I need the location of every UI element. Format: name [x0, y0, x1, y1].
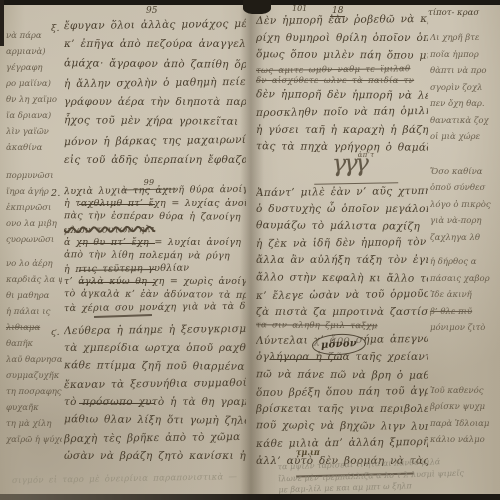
margin-note: μόνιμον ζιτὸ: [430, 320, 500, 337]
margin-note: ὁποῦ σύνθεσ: [430, 180, 500, 197]
bottom-ink-mark: τμ.ιπ: [296, 447, 320, 457]
text-line: ζὰ πιστὰ ζα μπροτινὰ ζαστίσω: [256, 304, 428, 321]
manuscript-photo: 95 νὰ πάρααρμιανὰ)γέγραφηρο μαϊίνα)θν λη…: [0, 0, 500, 500]
margin-note: θν λη χαϊμο: [6, 92, 62, 108]
text-line: λυχιὰ λυχιὰ της ἀχινῆ θύρα ἀνοίγη: [64, 183, 246, 198]
left-margin-notes: νὰ πάρααρμιανὰ)γέγραφηρο μαϊίνα)θν λη χα…: [6, 28, 62, 448]
margin-note: Ὅσο καθίνα: [430, 164, 500, 181]
footer-note: σιγμόν εἶ ταρο μὲ ὀνειρίνια παραπονιστικ…: [12, 472, 248, 486]
text-line: κάθε μιλιὰ ἀπ’ ἀλλάη ξμπορῆ νὰ κράξη: [256, 434, 428, 453]
margin-note: θι μαθηρα: [6, 288, 62, 304]
text-line: τὰ χέρια σου μονάχη γιὰ νὰ τὰ διώξη: [64, 300, 246, 315]
text-line: ἡ ἄλλην σχολὴν ὁ μαθημὴ πείεται: [64, 73, 246, 95]
margin-note: οἱ μιὰ χώρε: [430, 129, 500, 146]
margin-note: Ἰδε ἀκινῆ: [430, 287, 500, 304]
text-line: ὅπου βρέξη ὅπου πάη τοῦ ἀγρυθάνε: [256, 383, 428, 402]
text-line: ἡ πτις τεϋτεμη γυθλίαν: [64, 261, 246, 276]
text-line: βρίσκεται ταῆς γινα περιβολεμένης: [256, 401, 428, 418]
flourish-label: ἀπ’τ: [358, 150, 375, 158]
text-line: ρίχη θυμηροὶ θρίλη ὁποῖον ὁποῖαν μιλὲ: [256, 30, 428, 48]
margin-note: νο λο ἀέρη: [6, 256, 62, 272]
margin-note: πορμυνῶσι: [6, 168, 62, 184]
margin-note: ἡ πάλαι ις: [6, 304, 62, 320]
text-line: ἔκαναν τὰ ξεσυνήθια συμμαθοῦσαν: [64, 374, 246, 394]
scribble-divider: [94, 314, 152, 318]
text-line: προσκληθν ποῖο νὰ πάη ὁμιλήση: [256, 103, 428, 123]
margin-note: λαῦ θαρνησαίμ: [6, 352, 62, 368]
right-margin-notes: Λι χηρῆ βτεποῖα ἠμπορθὰπτι νὰ προσγορὶν …: [430, 30, 500, 449]
margin-note: Λι χηρῆ βτε: [430, 30, 500, 47]
text-line: δὲν ἠμπορῆ δὲν ἠμπορῆ νὰ λέγη: [256, 86, 428, 105]
margin-note: αρμιανὰ): [6, 44, 62, 60]
margin-note: χαϊρῶ ἡ ψύχοι: [6, 432, 62, 448]
text-line: ἔφυγαν ὅλοι ἀλλὰς μονάχος μένη: [64, 15, 246, 37]
margin-note: ζαχληγα λθ: [430, 230, 500, 247]
text-line: βραχὴ τὲς βρῆκε ἀπὸ τὸ χῶμα κ’ ἡ χώρα: [64, 428, 246, 448]
text-line: τὰ χμπερίδια ωρτχα ὁποῦ ραχθοῦν: [64, 339, 246, 357]
section-marker: ϛ.: [51, 324, 60, 342]
margin-note: κάλιο νάλμο: [430, 432, 500, 449]
margin-note: βρίσκν ψυχμ: [430, 399, 500, 416]
text-line: κ’ ἐπῆγα ἀπὸ πεζούρα ἀναγγελίαι: [64, 35, 246, 54]
text-line: ἄλλο στὴν κεφαλὴ κι ἄλλο τοῦ δίνο ἡ δάρβ…: [256, 269, 428, 288]
text-line: μλων τουτων ηλι: [64, 222, 246, 237]
text-line: τὸ πρόσωπο χυτὸ ἡ τὰ θη γραμμένα: [64, 393, 246, 411]
text-line: ἡ ταχθλιμθ πτ’ ἔχη = λυχίας ἀνοίγη: [64, 197, 246, 210]
text-line: γράφουν ἀέρα τὴν διηποτὰ παραίνη: [64, 93, 246, 112]
margin-note: ϊα δριανα): [6, 108, 62, 124]
right-section-2: Ἀπάντ’ μιλὲ ἐὰν ν’ αῦς χτυπήξηὁ δυστυχὴς…: [256, 184, 428, 470]
text-line: ὅμως ὅπου μιλὲν πάη ὅπου μιλὲν ξχλίση: [256, 46, 428, 65]
margin-note: τη ποσραφης: [6, 384, 62, 400]
margin-note: λὶν γαϊῶν: [6, 124, 62, 140]
text-line: Δὲν ἠμπορῆ ἐὰν ῥοβεθῶ νὰ κρούσω: [256, 11, 428, 31]
text-line: Ἀπάντ’ μιλὲ ἐὰν ν’ αῦς χτυπήξη: [256, 182, 428, 201]
text-line: ἡ ζὲκ νὰ ἰδῆ δὲν ἠμπορῆ τὸν δρόμο: [256, 234, 428, 253]
margin-note: ρο μαϊίνα): [6, 76, 62, 92]
text-line: κ’ ἔλεγε ὡσὰν νὰ τοῦ ὁρμοῦσαν μιλὰ: [256, 286, 428, 305]
gutter-notch: [243, 0, 271, 14]
text-line: Λεύθερα ἡ πάημε ἡ ξεσυγκρισμέναι: [64, 320, 246, 340]
margin-note: β’ θλε πιῦ: [430, 304, 500, 321]
margin-note: πεν ὄχη θαρ.: [430, 96, 500, 113]
text-line: εἰς τοῦ ἀδῆς ὑπερπαίνη ἔφθαζαν: [64, 151, 246, 170]
right-main-text: Δὲν ἠμπορῆ ἐὰν ῥοβεθῶ νὰ κρούσωρίχη θυμη…: [256, 12, 428, 476]
left-page: 95 νὰ πάρααρμιανὰ)γέγραφηρο μαϊίνα)θν λη…: [6, 6, 246, 494]
margin-note: Ἰοῦ καθενός: [430, 383, 500, 400]
margin-note: καρδιᾶς λα ψυχὰ: [6, 272, 62, 288]
left-section-2: 2. λυχιὰ λυχιὰ της ἀχινῆ θύρα ἀνοίγηἡ τα…: [64, 184, 246, 314]
text-line: δν αἰσχύθετε ωλνε τὰ παιδία τν: [256, 76, 428, 87]
text-line: ὡσὰν νὰ βράζη ζητὸ κανίσκι ἠ πήσω.: [64, 447, 246, 465]
text-line: ἀ χη θυ πτ’ ἔχη = λυχίαι ἀνοίγη: [64, 236, 246, 249]
section-marker: 2.: [51, 187, 61, 200]
left-main-text: ξ. ἔφυγαν ὅλοι ἀλλὰς μονάχος μένηκ’ ἐπῆγ…: [64, 10, 246, 484]
margin-note: σγορὶν ζοχλ: [430, 80, 500, 97]
section-marker: ξ.: [51, 19, 60, 38]
margin-top-note: τίποτ- κρασ: [428, 8, 500, 18]
margin-note: πάσαις χαβορ: [430, 271, 500, 288]
text-line: πῶ νὰ πάνε πῶ νὰ βρη ὁ μαθημαίνω: [256, 366, 428, 385]
text-line: μόνον ἡ βάρκας της μαχαιρωνίζαν: [64, 131, 246, 153]
margin-note: γιὰ νὰ-πορη: [430, 213, 500, 230]
left-edge: [0, 0, 4, 46]
bottom-edge: [0, 494, 500, 500]
margin-note: λόγο ὁ πικρὸς: [430, 197, 500, 214]
text-line: ὁ δυστυχὴς ὦ ὁποῖον μεγάλον δρόμο: [256, 201, 428, 218]
margin-note: ονο λα μιβη: [6, 216, 62, 232]
text-line: θαυμάζω τὸ μάλιστα ραχίζη: [256, 217, 428, 236]
margin-note: θανατικὰ ζοχ: [430, 113, 500, 130]
margin-note: γέγραφη: [6, 60, 62, 76]
text-line: ἡ γύσει ταῆ ἡ καραχὴ ἡ βάζη: [256, 122, 428, 140]
margin-note: ἀκαθίνα: [6, 140, 62, 156]
left-section-3: ϛ. Λεύθερα ἡ πάημε ἡ ξεσυγκρισμέναιτὰ χμ…: [64, 321, 246, 465]
left-section-1: ξ. ἔφυγαν ὅλοι ἀλλὰς μονάχος μένηκ’ ἐπῆγ…: [64, 16, 246, 170]
pencil-annotations: τα μψιλν ταρίσεαι τι ητα αι λανθο μιλάἴλ…: [278, 455, 493, 496]
margin-note: ἐκπιρνῶσι: [6, 200, 62, 216]
margin-note: ςυορωνῶσι: [6, 232, 62, 248]
margin-note: συμμαζυχῆκ: [6, 368, 62, 384]
text-line: ἁμάχα· ἄγραφον ἀπὸ ζαπίθη ὅρμης: [64, 54, 246, 75]
margin-note: θὰπτι νὰ προ: [430, 63, 500, 80]
text-line: ἦχος τοῦ μὲν χήρα γροικεῖται: [64, 112, 246, 133]
section-divider: 99: [122, 170, 176, 184]
margin-note: τη μὰ χίλη: [6, 416, 62, 432]
margin-note: παρὰ Ἰδλοιαμ: [430, 416, 500, 433]
text-line: τ’ ἀγλὰ κύω θη χη = χωρὶς ἀνοίγη: [64, 275, 246, 288]
flourish: γγγ ἀπ’τ: [314, 156, 398, 184]
margin-note: φυχαῆκ: [6, 400, 62, 416]
right-page: 101 18 τίποτ- κρασ Δὲν ἠμπορῆ ἐὰν ῥοβεθῶ…: [252, 6, 500, 494]
right-section-1: Δὲν ἠμπορῆ ἐὰν ῥοβεθῶ νὰ κρούσωρίχη θυμη…: [256, 12, 428, 157]
text-line: ἄλλα ἂν αὐλήξη τάξη τὸν ἐγνοίξη: [256, 252, 428, 269]
margin-note: ἡ δήρθος α: [430, 254, 500, 271]
margin-note: ποῖα ἠμπορ: [430, 47, 500, 64]
